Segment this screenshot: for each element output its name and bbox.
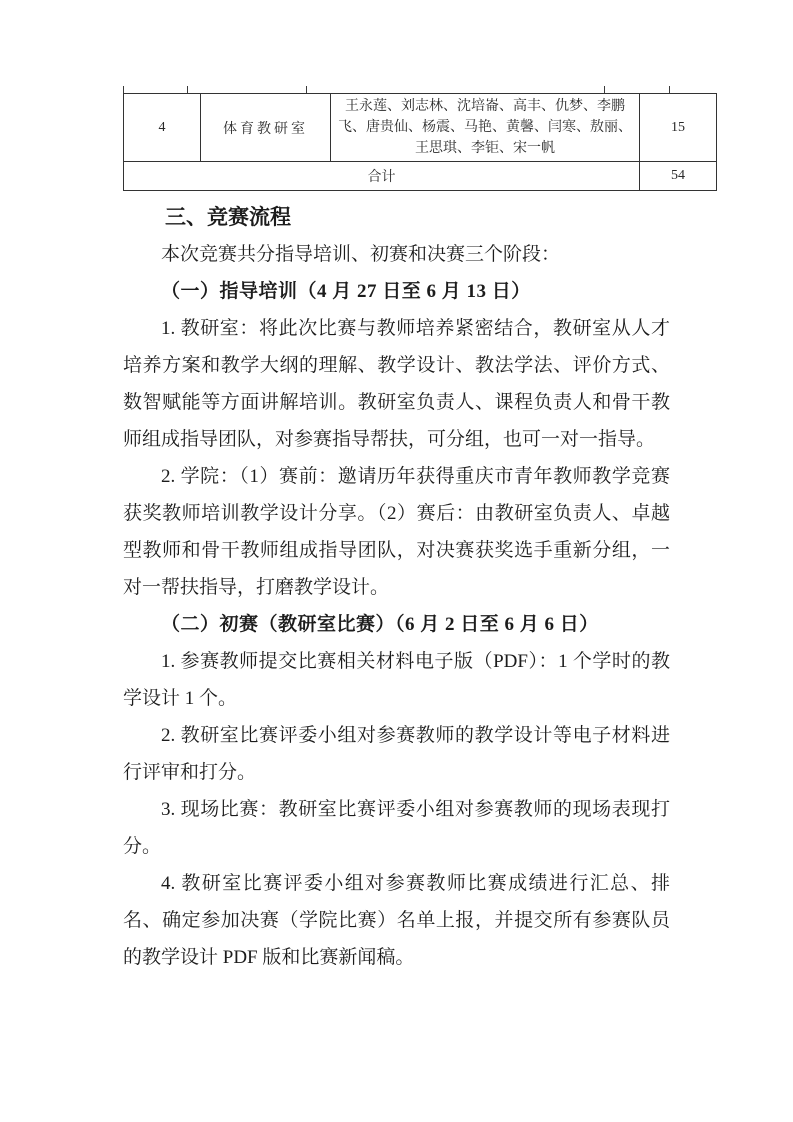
paragraph-guidance-2: 2. 学院：（1）赛前：邀请历年获得重庆市青年教师教学竞赛获奖教师培训教学设计分… bbox=[123, 458, 670, 606]
roster-table: 4 体育教研室 王永莲、刘志林、沈培崙、高丰、仇梦、李鹏飞、唐贵仙、杨震、马艳、… bbox=[123, 93, 717, 191]
paragraph-guidance-1: 1. 教研室：将此次比赛与教师培养紧密结合，教研室从人才培养方案和教学大纲的理解… bbox=[123, 310, 670, 458]
document-page: 4 体育教研室 王永莲、刘志林、沈培崙、高丰、仇梦、李鹏飞、唐贵仙、杨震、马艳、… bbox=[0, 0, 793, 1122]
roster-table-wrap: 4 体育教研室 王永莲、刘志林、沈培崙、高丰、仇梦、李鹏飞、唐贵仙、杨震、马艳、… bbox=[123, 93, 670, 191]
table-continuation-stub bbox=[187, 86, 188, 93]
cell-total-value: 54 bbox=[640, 162, 717, 191]
cell-seq: 4 bbox=[124, 94, 201, 162]
cell-unit: 体育教研室 bbox=[201, 94, 331, 162]
table-continuation-stub bbox=[123, 86, 124, 93]
cell-total-label: 合计 bbox=[124, 162, 640, 191]
section-heading: 三、竞赛流程 bbox=[123, 199, 670, 236]
table-continuation-stub bbox=[306, 86, 307, 93]
page-content: 4 体育教研室 王永莲、刘志林、沈培崙、高丰、仇梦、李鹏飞、唐贵仙、杨震、马艳、… bbox=[123, 93, 670, 976]
paragraph-prelim-3: 3. 现场比赛：教研室比赛评委小组对参赛教师的现场表现打分。 bbox=[123, 791, 670, 865]
paragraph-prelim-2: 2. 教研室比赛评委小组对参赛教师的教学设计等电子材料进行评审和打分。 bbox=[123, 717, 670, 791]
body-text: 三、竞赛流程 本次竞赛共分指导培训、初赛和决赛三个阶段： （一）指导培训（4 月… bbox=[123, 199, 670, 976]
paragraph-prelim-4: 4. 教研室比赛评委小组对参赛教师比赛成绩进行汇总、排名、确定参加决赛（学院比赛… bbox=[123, 865, 670, 976]
intro-paragraph: 本次竞赛共分指导培训、初赛和决赛三个阶段： bbox=[123, 236, 670, 273]
subsection-heading-1: （一）指导培训（4 月 27 日至 6 月 13 日） bbox=[123, 273, 670, 310]
table-continuation-stub bbox=[669, 86, 670, 93]
table-continuation-stub bbox=[604, 86, 605, 93]
table-row: 4 体育教研室 王永莲、刘志林、沈培崙、高丰、仇梦、李鹏飞、唐贵仙、杨震、马艳、… bbox=[124, 94, 717, 162]
cell-count: 15 bbox=[640, 94, 717, 162]
table-total-row: 合计 54 bbox=[124, 162, 717, 191]
paragraph-prelim-1: 1. 参赛教师提交比赛相关材料电子版（PDF）：1 个学时的教学设计 1 个。 bbox=[123, 643, 670, 717]
subsection-heading-2: （二）初赛（教研室比赛）（6 月 2 日至 6 月 6 日） bbox=[123, 606, 670, 643]
cell-members: 王永莲、刘志林、沈培崙、高丰、仇梦、李鹏飞、唐贵仙、杨震、马艳、黄馨、闫寒、敖丽… bbox=[331, 94, 640, 162]
